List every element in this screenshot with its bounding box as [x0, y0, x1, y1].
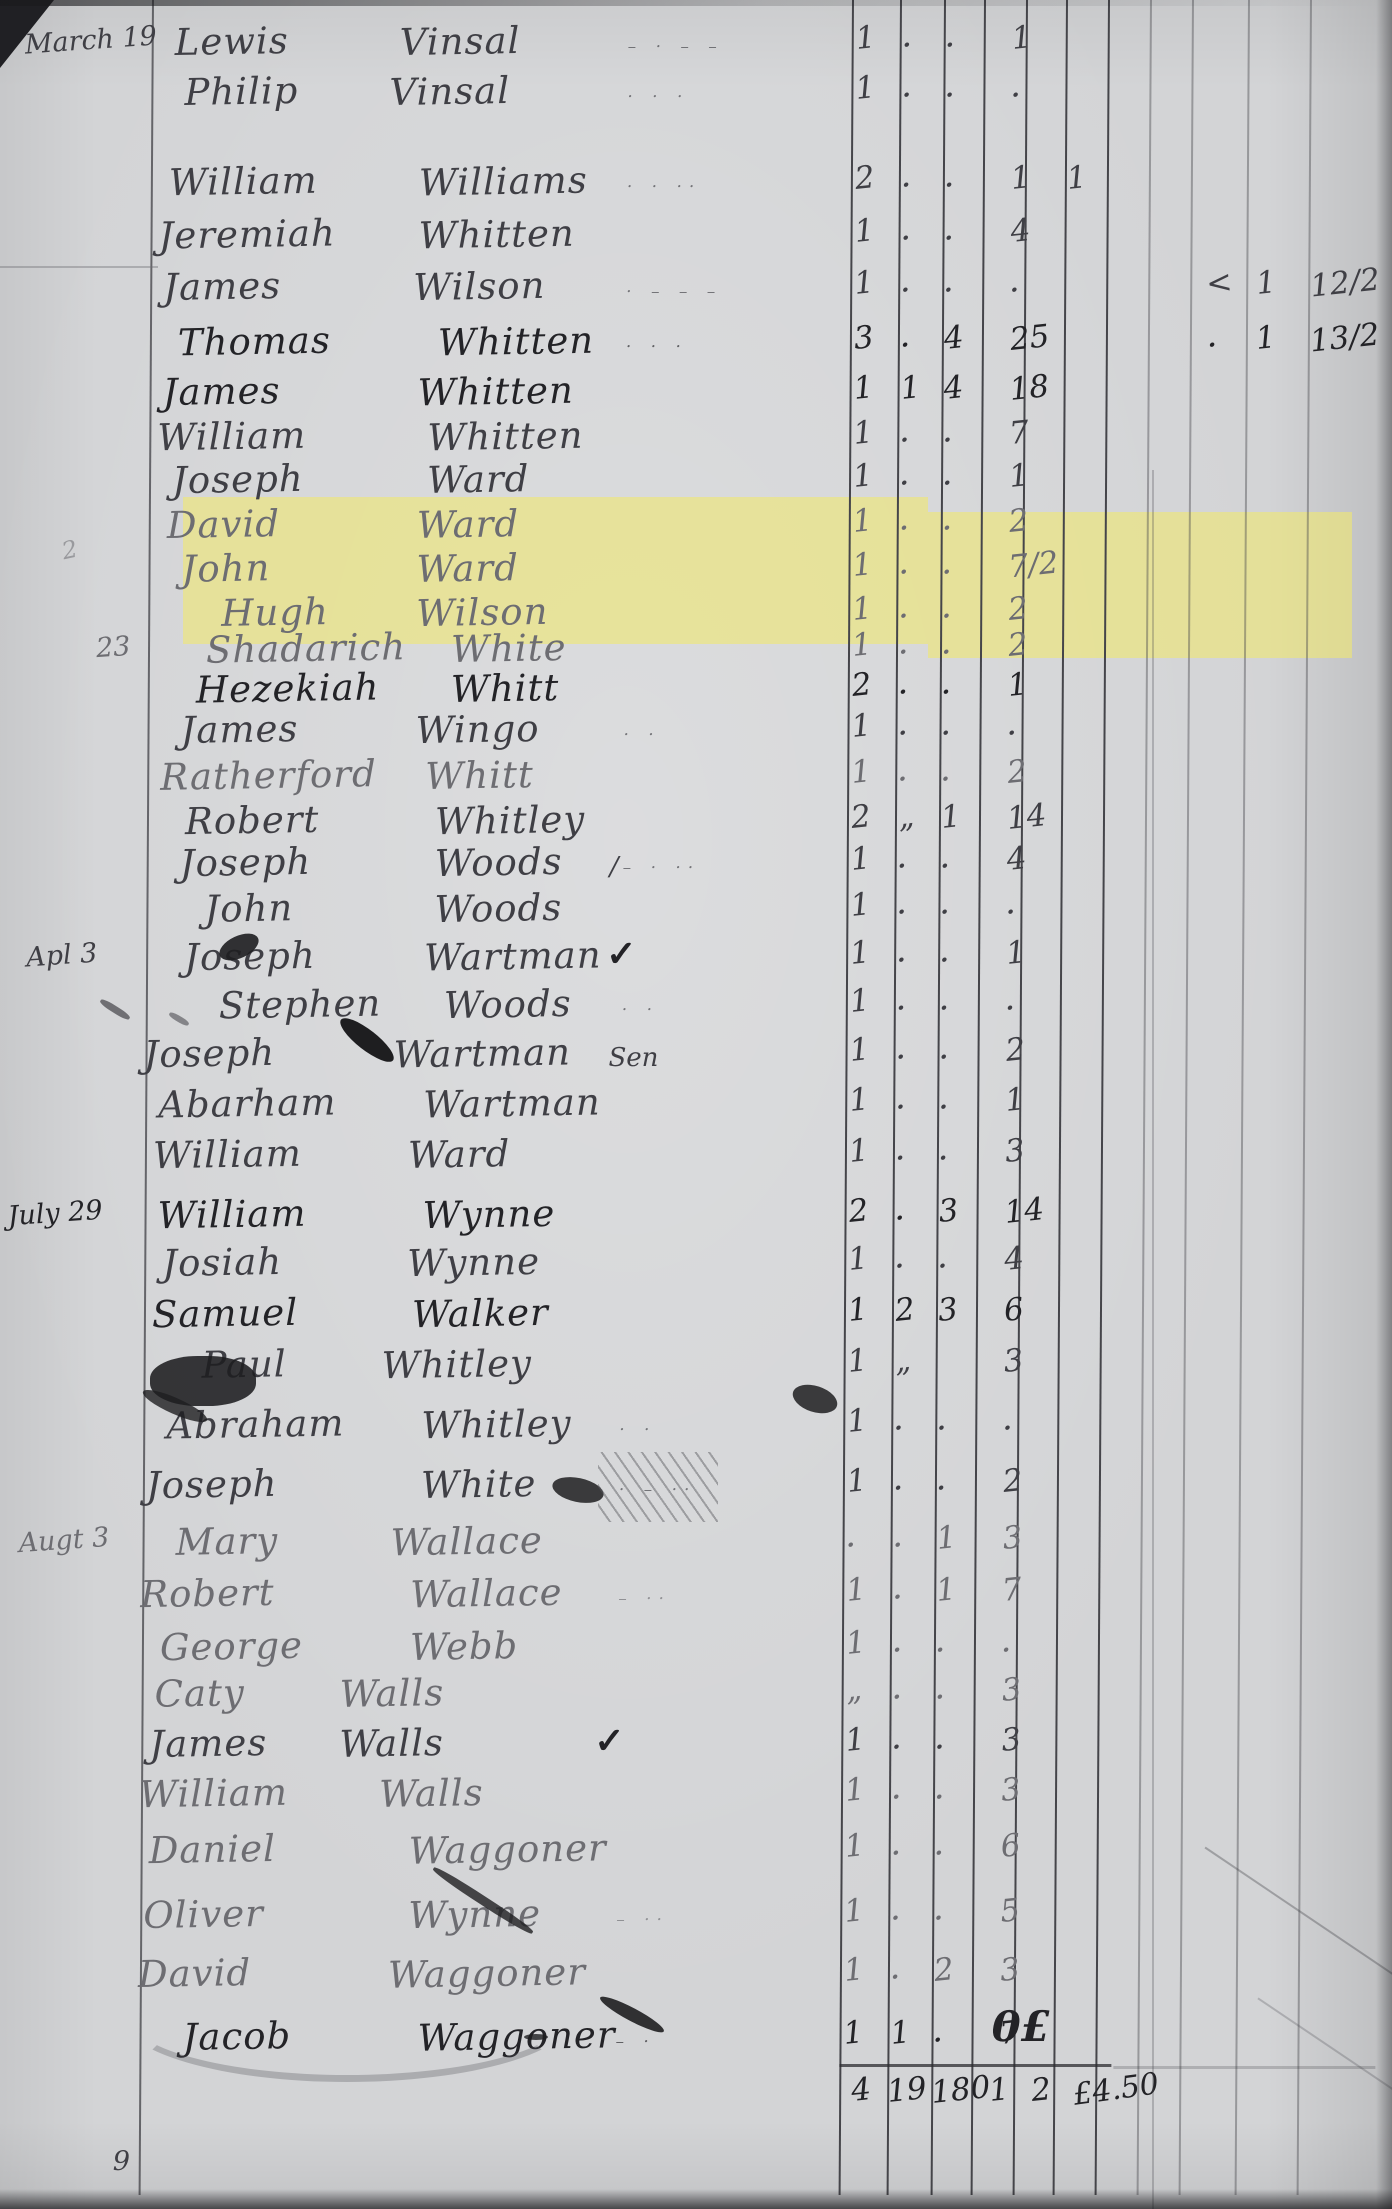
- total-col-a: 4: [850, 2074, 873, 2107]
- value-col-d: 18: [1008, 371, 1050, 406]
- column-rule: [1095, 0, 1110, 2195]
- value-col-c: 1: [935, 1522, 958, 1555]
- value-col-b: ·: [901, 278, 910, 302]
- value-col-c: ·: [943, 516, 952, 540]
- value-col-c: ·: [941, 854, 950, 878]
- value-col-a: 1: [852, 372, 875, 405]
- value-col-d: 4: [1005, 843, 1028, 876]
- row-surname: Walls: [339, 1724, 444, 1763]
- total-col-d: 1: [988, 2074, 1011, 2107]
- total-col-b: 19: [886, 2073, 928, 2108]
- value-col-a: 1: [852, 460, 875, 493]
- value-col-d: ·: [1007, 721, 1016, 745]
- row-surname: Whitley: [381, 1345, 532, 1385]
- row-surname: Whitley: [421, 1405, 572, 1445]
- value-col-b: ·: [895, 1254, 904, 1278]
- value-col-c: ·: [937, 1476, 946, 1500]
- value-col-b: ·: [893, 1638, 902, 1662]
- value-col-a: 1: [849, 889, 872, 922]
- row-surname: Ward: [427, 460, 530, 499]
- value-col-e: ·: [1208, 333, 1217, 357]
- row-surname: Whitten: [417, 372, 574, 412]
- row-surname: Woods: [435, 843, 563, 882]
- value-col-b: ·: [893, 1585, 902, 1609]
- value-col-a: 1: [849, 843, 872, 876]
- value-col-c: ·: [939, 1146, 948, 1170]
- value-col-a: 1: [850, 710, 873, 743]
- value-col-c: ·: [940, 900, 949, 924]
- leader-dots: – ··: [616, 1912, 669, 1929]
- row-surname: Wartman: [424, 936, 602, 976]
- row-first-name: Robert: [185, 801, 320, 840]
- value-col-a: 1: [848, 985, 871, 1018]
- row-first-name: Joseph: [146, 1465, 278, 1504]
- value-col-c: ·: [942, 560, 951, 584]
- value-col-c: 4: [942, 372, 965, 405]
- row-surname: Wynne: [407, 1243, 540, 1282]
- value-col-b: ·: [892, 1735, 901, 1759]
- value-col-c: ·: [945, 173, 954, 197]
- value-col-b: ·: [898, 854, 907, 878]
- value-col-f: 1: [1255, 267, 1278, 300]
- row-first-name: Josiah: [162, 1243, 282, 1282]
- value-col-c: 1: [940, 801, 963, 834]
- value-col-c: ·: [940, 996, 949, 1020]
- value-col-b: ·: [897, 996, 906, 1020]
- value-col-a: ·: [846, 1533, 855, 1557]
- value-col-d: 3: [1000, 1774, 1023, 1807]
- value-col-b: ·: [900, 428, 909, 452]
- row-surname: Wingo: [415, 710, 539, 749]
- row-surname: Wilson: [413, 267, 546, 306]
- value-col-b: ·: [899, 640, 908, 664]
- row-first-name: Stephen: [219, 985, 382, 1025]
- value-col-d: 2: [1007, 593, 1030, 626]
- value-col-b: ·: [895, 1206, 904, 1230]
- value-col-b: ·: [899, 560, 908, 584]
- value-col-c: ·: [942, 680, 951, 704]
- value-col-f: 1: [1254, 322, 1277, 355]
- value-col-c: ·: [936, 1685, 945, 1709]
- row-surname: Wallace: [410, 1574, 563, 1614]
- value-col-d: ·: [1006, 996, 1015, 1020]
- page-number: 9: [113, 2148, 130, 2175]
- value-col-a: 3: [852, 322, 875, 355]
- value-col-b: „: [897, 801, 916, 834]
- row-suffix: /: [610, 854, 619, 880]
- value-col-b: ·: [903, 33, 912, 57]
- row-first-name: William: [157, 417, 306, 457]
- value-col-b: ·: [894, 1416, 903, 1440]
- row-first-name: William: [157, 1195, 306, 1235]
- value-col-b: ·: [900, 471, 909, 495]
- value-col-a: 2: [847, 1195, 870, 1228]
- value-col-b: ·: [902, 173, 911, 197]
- row-first-name: William: [169, 162, 318, 202]
- leader-dots: – ·: [615, 2034, 655, 2051]
- row-first-name: Hezekiah: [196, 668, 380, 708]
- leader-dots: · · ·: [626, 339, 688, 356]
- row-first-name: Samuel: [152, 1294, 298, 1334]
- totals-rule: [839, 2064, 1111, 2067]
- row-surname: Wartman: [393, 1033, 571, 1073]
- value-col-b: ·: [894, 1476, 903, 1500]
- value-col-d: 6: [999, 1830, 1022, 1863]
- value-col-a: 1: [844, 1774, 867, 1807]
- value-col-d: 3: [1002, 1345, 1025, 1378]
- row-first-name: Oliver: [143, 1895, 264, 1934]
- value-col-d: 2: [1006, 756, 1029, 789]
- value-col-d: 7/2: [1007, 547, 1060, 583]
- value-col-c: ·: [938, 1254, 947, 1278]
- row-first-name: Robert: [140, 1574, 275, 1613]
- value-col-b: ·: [891, 1906, 900, 1930]
- value-col-a: 1: [851, 593, 874, 626]
- value-col-a: 1: [842, 1954, 865, 1987]
- margin-date: July 29: [7, 1197, 104, 1231]
- value-col-c: ·: [940, 948, 949, 972]
- row-surname: White: [421, 1465, 537, 1504]
- row-first-name: Joseph: [180, 843, 312, 882]
- value-col-a: 1: [846, 1345, 869, 1378]
- value-col-c: 3: [937, 1195, 960, 1228]
- value-col-a: 1: [844, 1724, 867, 1757]
- row-first-name: William: [153, 1135, 302, 1175]
- value-col-b: 1: [889, 2017, 912, 2050]
- value-col-c: ·: [941, 721, 950, 745]
- leader-dots: – · – –: [628, 39, 724, 56]
- value-col-a: 1: [842, 2017, 865, 2050]
- value-col-b: ·: [899, 604, 908, 628]
- row-surname: Whitt: [451, 669, 560, 708]
- ink-mark-above-total: 0£: [991, 2006, 1050, 2048]
- row-first-name: Joseph: [172, 460, 304, 499]
- value-col-c: 2: [932, 1954, 955, 1987]
- fold-crease-vertical: [1152, 470, 1154, 2209]
- row-suffix: Sen: [608, 1045, 658, 1071]
- row-first-name: James: [163, 267, 281, 306]
- row-first-name: Philip: [184, 72, 298, 111]
- value-col-b: ·: [892, 1785, 901, 1809]
- row-surname: Ward: [417, 505, 520, 544]
- value-col-c: ·: [944, 278, 953, 302]
- value-col-d: 2: [1001, 1465, 1024, 1498]
- row-surname: White: [451, 629, 567, 668]
- value-col-b: ·: [901, 226, 910, 250]
- row-first-name: Mary: [175, 1522, 278, 1561]
- value-col-g: 12/2: [1309, 264, 1381, 302]
- value-col-b: „: [893, 1345, 912, 1378]
- value-col-b: ·: [901, 333, 910, 357]
- total-money: £4.50: [1072, 2069, 1161, 2111]
- value-col-d: 14: [1006, 800, 1048, 835]
- value-col-a: 1: [846, 1405, 869, 1438]
- value-col-d: 3: [1001, 1522, 1024, 1555]
- row-first-name: Shadarich: [206, 628, 406, 668]
- value-col-d: 1: [1009, 162, 1032, 195]
- leader-dots: – · ··: [623, 860, 701, 877]
- value-col-d: 14: [1003, 1194, 1045, 1229]
- row-surname: Whitten: [427, 417, 584, 457]
- pencil-smudge-arc: [120, 1948, 574, 2082]
- value-col-a: 1: [847, 1243, 870, 1276]
- row-first-name: John: [204, 889, 293, 928]
- value-col-c: ·: [939, 1045, 948, 1069]
- row-surname: Whitten: [418, 215, 575, 255]
- value-col-c: 4: [942, 322, 965, 355]
- row-surname: Walls: [339, 1674, 444, 1713]
- margin-date: Augt 3: [18, 1524, 110, 1557]
- value-col-a: 1: [853, 267, 876, 300]
- row-first-name: Jeremiah: [158, 214, 336, 254]
- value-col-a: 1: [850, 756, 873, 789]
- value-col-c: ·: [933, 2028, 942, 2052]
- value-col-c: ·: [939, 1095, 948, 1119]
- value-col-b: ·: [899, 680, 908, 704]
- value-col-g: 13/2: [1309, 319, 1381, 357]
- value-col-a: 1: [845, 1574, 868, 1607]
- value-col-b: ·: [893, 1533, 902, 1557]
- value-col-a: 1: [847, 1135, 870, 1168]
- check-mark: ✓: [594, 1723, 624, 1759]
- row-first-name: James: [149, 1724, 267, 1763]
- value-col-b: ·: [893, 1685, 902, 1709]
- value-col-a: 2: [850, 669, 873, 702]
- value-col-b: ·: [892, 1841, 901, 1865]
- value-col-c: 1: [935, 1574, 958, 1607]
- value-col-c: ·: [935, 1735, 944, 1759]
- check-mark: ✓: [606, 936, 636, 972]
- value-col-d: 4: [1003, 1243, 1026, 1276]
- value-col-b: ·: [896, 1045, 905, 1069]
- value-col-d: ·: [1011, 83, 1020, 107]
- value-col-d: 1: [1010, 22, 1033, 55]
- value-col-c: ·: [941, 767, 950, 791]
- value-col-c: ·: [946, 33, 955, 57]
- value-col-b: ·: [897, 948, 906, 972]
- column-rule: [1137, 0, 1152, 2195]
- value-col-d: 1: [1005, 937, 1028, 970]
- value-col-d: 3: [1000, 1724, 1023, 1757]
- row-surname: Wynne: [422, 1195, 555, 1234]
- value-col-d: 7: [1001, 1574, 1024, 1607]
- value-col-d: 2: [1007, 629, 1030, 662]
- value-col-b: ·: [900, 516, 909, 540]
- value-col-d: 1: [1006, 669, 1029, 702]
- row-surname: Wallace: [390, 1522, 543, 1562]
- value-col-a: 1: [844, 1627, 867, 1660]
- value-col-e: <: [1205, 267, 1234, 301]
- value-col-a: 1: [853, 215, 876, 248]
- value-col-b: ·: [891, 1965, 900, 1989]
- row-first-name: John: [181, 549, 270, 588]
- margin-date: 23: [95, 633, 131, 662]
- value-col-b: 2: [894, 1294, 917, 1327]
- row-surname: Vinsal: [400, 22, 521, 61]
- row-surname: Whitten: [438, 322, 595, 362]
- row-first-name: James: [180, 710, 298, 749]
- value-col-a: 1: [852, 417, 875, 450]
- value-col-d: 2: [1007, 505, 1030, 538]
- row-first-name: Thomas: [178, 322, 331, 362]
- ledger-page: March 19LewisVinsal– · – –1··1PhilipVins…: [0, 0, 1392, 2209]
- value-col-a: 1: [849, 937, 872, 970]
- value-col-a: 2: [850, 801, 873, 834]
- value-col-a: 1: [843, 1830, 866, 1863]
- leader-dots: · ·: [622, 1002, 659, 1019]
- value-col-c: ·: [935, 1841, 944, 1865]
- total-col-c: 180: [930, 2072, 992, 2109]
- row-first-name: Daniel: [148, 1830, 276, 1869]
- value-col-c: ·: [943, 428, 952, 452]
- row-surname: Walls: [379, 1774, 484, 1813]
- value-col-b: ·: [902, 83, 911, 107]
- value-col-d: 1: [1004, 1084, 1027, 1117]
- row-surname: Ward: [416, 549, 519, 588]
- column-rule: [1235, 0, 1250, 2195]
- value-col-d: 1: [1008, 460, 1031, 493]
- column-rule: [1053, 0, 1068, 2195]
- leader-dots: · · ·: [627, 89, 689, 106]
- row-first-name: Ratherford: [160, 755, 377, 796]
- value-col-a: 1: [843, 1895, 866, 1928]
- value-col-d: ·: [1003, 1416, 1012, 1440]
- row-surname: Walker: [412, 1294, 549, 1333]
- value-col-d: 5: [999, 1895, 1022, 1928]
- value-col-d: 3: [998, 1954, 1021, 1987]
- row-surname: Whitt: [425, 756, 534, 795]
- value-col-b: ·: [898, 767, 907, 791]
- margin-date: March 19: [24, 22, 158, 58]
- column-rule: [971, 0, 986, 2195]
- leader-dots: · · ··: [627, 179, 702, 196]
- row-first-name: Lewis: [175, 22, 289, 61]
- row-surname: Woods: [444, 985, 572, 1024]
- value-col-d: ·: [1010, 278, 1019, 302]
- row-surname: Williams: [419, 162, 588, 202]
- row-surname: Webb: [410, 1627, 519, 1666]
- value-col-c: ·: [942, 640, 951, 664]
- value-col-c: ·: [937, 1416, 946, 1440]
- value-col-d: 4: [1009, 215, 1032, 248]
- row-first-name: David: [167, 505, 281, 544]
- value-col-a: 1: [848, 1084, 871, 1117]
- value-col-c: ·: [943, 471, 952, 495]
- leader-dots: – ··: [618, 1591, 671, 1608]
- value-col-c: ·: [945, 83, 954, 107]
- row-surname: Woods: [434, 889, 562, 928]
- row-surname: Ward: [408, 1135, 511, 1174]
- leader-dots: · ·: [619, 1422, 656, 1439]
- leader-dots: · – – –: [626, 284, 722, 301]
- value-col-b: 1: [899, 372, 922, 405]
- value-col-e: 1: [1065, 162, 1088, 195]
- value-col-d: ·: [1006, 900, 1015, 924]
- value-col-d: ·: [1002, 1638, 1011, 1662]
- value-col-d: 7: [1008, 417, 1031, 450]
- row-surname: Waggoner: [408, 1829, 606, 1869]
- value-col-c: ·: [934, 1906, 943, 1930]
- value-col-a: 1: [847, 1294, 870, 1327]
- row-surname: Whitley: [435, 801, 586, 841]
- value-col-a: 1: [845, 1465, 868, 1498]
- value-col-c: ·: [944, 226, 953, 250]
- row-first-name: George: [160, 1627, 303, 1666]
- pencil-scribble-joseph-white: [598, 1452, 718, 1522]
- value-col-d: 6: [1003, 1294, 1026, 1327]
- value-col-b: ·: [897, 900, 906, 924]
- value-col-c: ·: [935, 1785, 944, 1809]
- value-col-b: ·: [896, 1146, 905, 1170]
- value-col-a: 1: [851, 629, 874, 662]
- value-col-d: 2: [1004, 1034, 1027, 1067]
- value-col-a: 1: [848, 1034, 871, 1067]
- value-col-a: 2: [853, 162, 876, 195]
- value-col-d: 3: [1003, 1135, 1026, 1168]
- value-col-c: 3: [937, 1294, 960, 1327]
- value-col-b: ·: [896, 1095, 905, 1119]
- value-col-a: 1: [851, 505, 874, 538]
- row-first-name: Abarham: [158, 1083, 337, 1123]
- row-first-name: Caty: [154, 1674, 245, 1713]
- row-first-name: James: [162, 372, 280, 411]
- value-col-c: ·: [936, 1638, 945, 1662]
- value-col-d: 25: [1009, 321, 1051, 356]
- leader-dots: · ·: [623, 727, 660, 744]
- value-col-d: 3: [1000, 1674, 1023, 1707]
- value-col-a: 1: [854, 72, 877, 105]
- row-surname: Wartman: [423, 1083, 601, 1123]
- row-first-name: Joseph: [143, 1034, 275, 1073]
- row-surname: Vinsal: [389, 72, 510, 111]
- ledger-content: March 19LewisVinsal– · – –1··1PhilipVins…: [0, 0, 1392, 2209]
- value-col-b: ·: [898, 721, 907, 745]
- value-col-a: 1: [854, 22, 877, 55]
- value-col-a: „: [844, 1674, 863, 1707]
- value-col-a: 1: [851, 549, 874, 582]
- value-col-c: ·: [942, 604, 951, 628]
- crease-left-horizontal: [0, 266, 158, 268]
- margin-date: Apl 3: [25, 940, 98, 972]
- column-rule: [1179, 0, 1194, 2195]
- row-first-name: William: [139, 1774, 288, 1814]
- total-col-e: 2: [1030, 2074, 1053, 2107]
